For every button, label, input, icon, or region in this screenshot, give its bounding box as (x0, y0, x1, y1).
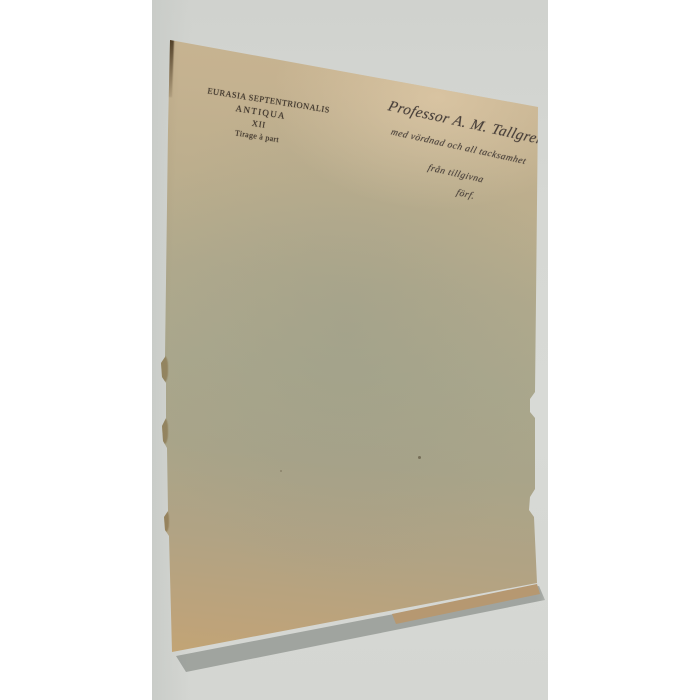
paper-speck (418, 456, 421, 459)
handwritten-dedication: Professor A. M. Tallgren med vördnad och… (344, 90, 568, 218)
spine-nick (159, 356, 168, 382)
paper-speck (280, 470, 282, 472)
photo-background: EURASIA SEPTENTRIONALIS ANTIQUA XII Tira… (152, 0, 548, 700)
spine-nick (161, 510, 169, 532)
spine-top-mark (164, 39, 174, 97)
spine-nick (159, 418, 168, 444)
photo-frame: EURASIA SEPTENTRIONALIS ANTIQUA XII Tira… (0, 0, 700, 700)
printed-title-block: EURASIA SEPTENTRIONALIS ANTIQUA XII Tira… (201, 85, 319, 151)
